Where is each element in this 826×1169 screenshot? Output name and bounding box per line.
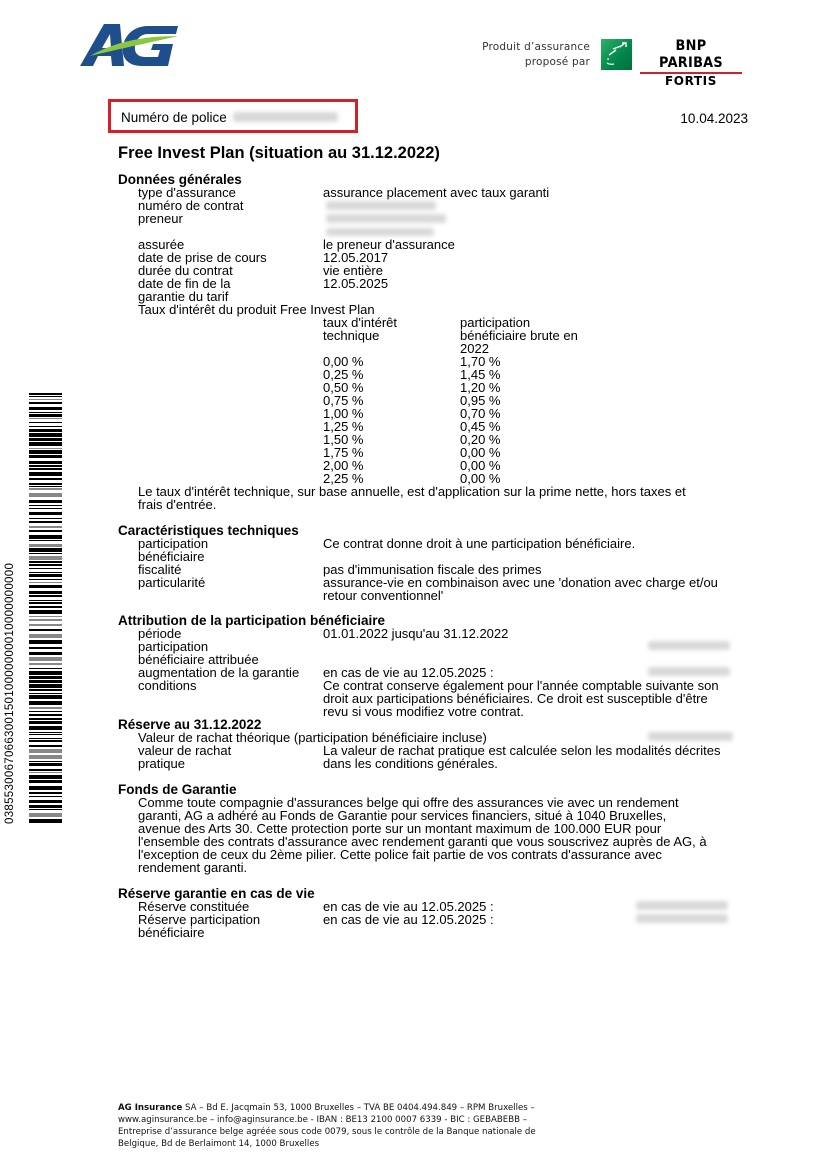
policy-number-label: Numéro de police xyxy=(121,110,227,125)
policyholder-redacted-2 xyxy=(326,228,434,236)
value-period: 01.01.2022 jusqu'au 31.12.2022 xyxy=(323,627,508,640)
label-practical-value-2: pratique xyxy=(138,757,185,770)
label-reserve-pb-2: bénéficiaire xyxy=(138,926,205,939)
fund-text: Comme toute compagnie d'assurances belge… xyxy=(138,796,748,874)
label-particularity: particularité xyxy=(138,576,205,589)
rates-note-line1: Le taux d'intérêt technique, sur base an… xyxy=(138,485,748,498)
offered-by-text: Produit d’assurance proposé par xyxy=(470,40,590,70)
policyholder-redacted-1 xyxy=(326,214,446,223)
document-date: 10.04.2023 xyxy=(680,111,748,126)
footer-line1: SA – Bd E. Jacqmain 53, 1000 Bruxelles –… xyxy=(182,1103,534,1113)
bnp-paribas-fortis-logo: BNP PARIBAS FORTIS xyxy=(638,38,744,89)
value-reserve-pb: en cas de vie au 12.05.2025 : xyxy=(323,913,494,926)
footer-line3: Entreprise d’assurance belge agréée sous… xyxy=(118,1126,568,1138)
footer-legal: AG Insurance SA – Bd E. Jacqmain 53, 100… xyxy=(118,1102,568,1150)
allocated-pb-redacted xyxy=(648,641,730,650)
partner-name-line1: BNP PARIBAS xyxy=(642,38,740,72)
bnp-stars-logo-icon xyxy=(601,39,632,70)
value-tariff-end: 12.05.2025 xyxy=(323,277,388,290)
document-title: Free Invest Plan (situation au 31.12.202… xyxy=(118,144,440,163)
fund-line: rendement garanti. xyxy=(138,861,748,874)
offered-by-line1: Produit d’assurance xyxy=(470,40,590,55)
footer-line4: Belgique, Bd de Berlaimont 14, 1000 Brux… xyxy=(118,1138,568,1150)
value-conditions-3: revu si vous modifiez votre contrat. xyxy=(323,705,524,718)
label-conditions: conditions xyxy=(138,679,197,692)
barcode-icon xyxy=(29,393,62,824)
value-insurance-type: assurance placement avec taux garanti xyxy=(323,186,549,199)
footer-company: AG Insurance xyxy=(118,1103,182,1113)
guarantee-increase-redacted xyxy=(648,667,730,676)
value-practical-value-2: dans les conditions générales. xyxy=(323,757,498,770)
rates-note: Le taux d'intérêt technique, sur base an… xyxy=(138,485,748,511)
contract-number-redacted xyxy=(326,201,436,210)
policy-number-box: Numéro de police xyxy=(108,99,358,133)
value-profit-sharing: Ce contrat donne droit à une participati… xyxy=(323,537,635,550)
policy-number-redacted xyxy=(233,112,338,122)
reserve-pb-redacted xyxy=(636,914,728,923)
ag-logo xyxy=(78,22,182,68)
reserve-built-redacted xyxy=(636,901,728,910)
barcode-number: 038553006706630015010000000010000000000 xyxy=(4,563,16,824)
rates-note-line2: frais d'entrée. xyxy=(138,498,748,511)
rates-header-col1b: technique xyxy=(323,329,379,342)
offered-by-line2: proposé par xyxy=(470,55,590,70)
partner-name-line2: FORTIS xyxy=(638,74,744,89)
value-particularity-2: retour conventionnel' xyxy=(323,589,443,602)
footer-line2: www.aginsurance.be – info@aginsurance.be… xyxy=(118,1114,568,1126)
theoretical-value-redacted xyxy=(648,732,733,741)
label-policyholder: preneur xyxy=(138,212,183,225)
